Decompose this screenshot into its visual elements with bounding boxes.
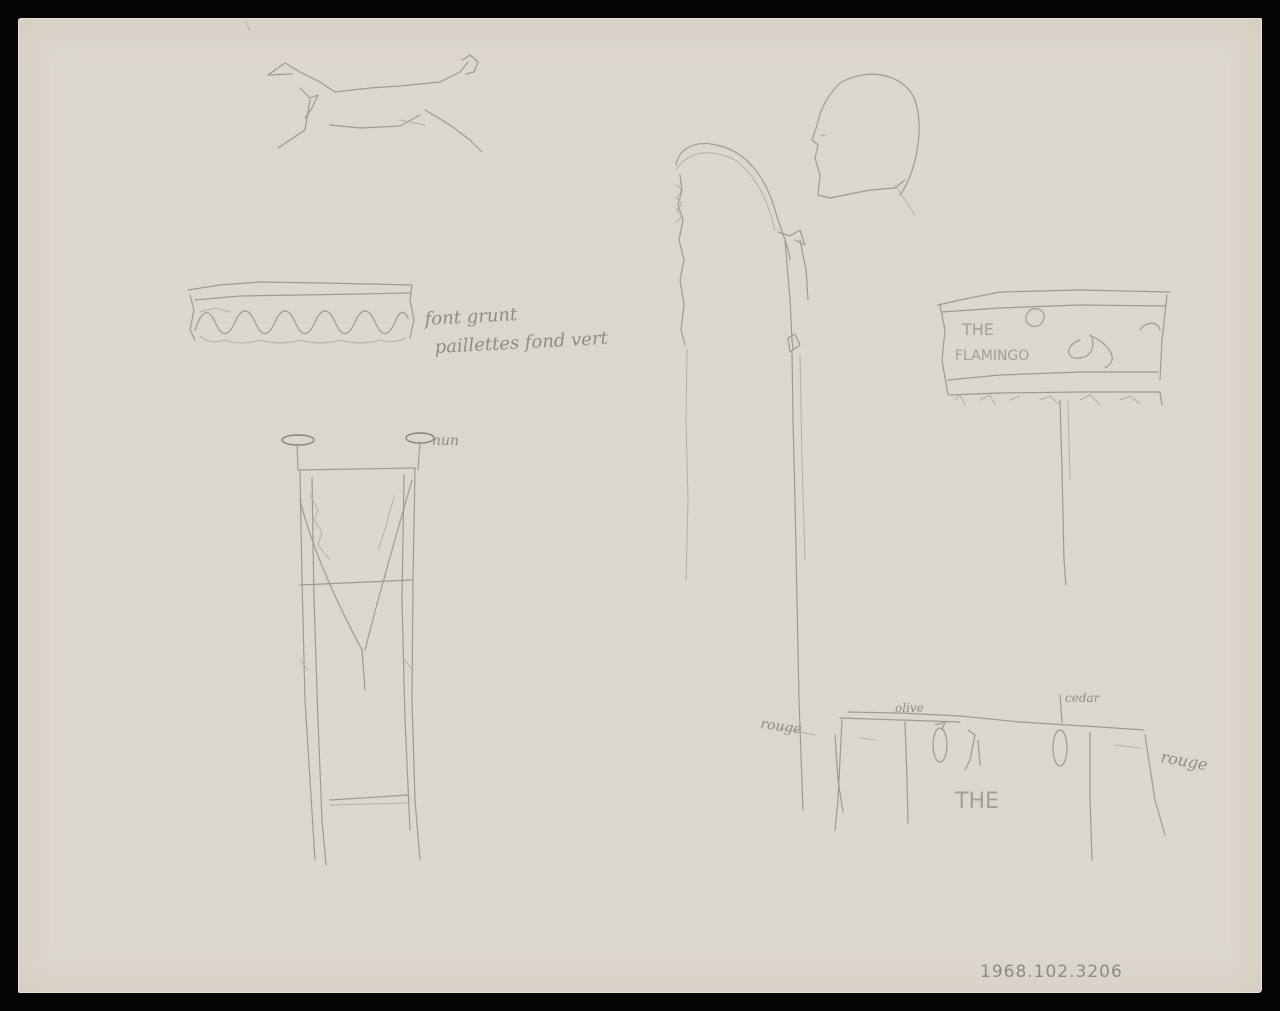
table-sketch <box>780 695 1165 860</box>
arch-trellis-sketch <box>676 144 808 810</box>
table-label-left: rouge <box>759 716 802 738</box>
sign-text-line2: FLAMINGO <box>955 348 1029 364</box>
chair-note: nun <box>432 433 459 449</box>
bird-sketch <box>245 22 482 152</box>
valance-sketch <box>188 282 414 343</box>
valance-note-line2: paillettes fond vert <box>434 328 609 358</box>
table-label-top-left: olive <box>895 701 924 715</box>
sign-text-line1: THE <box>961 320 994 339</box>
table-label-top-right: cedar <box>1065 691 1101 705</box>
sketch-drawings: font grunt paillettes fond vert nun <box>0 0 1280 1011</box>
accession-number: 1968.102.3206 <box>980 962 1123 982</box>
profile-head-sketch <box>812 74 919 215</box>
valance-note-line1: font grunt <box>422 304 518 330</box>
table-label-right: rouge <box>1159 747 1209 774</box>
chair-sketch <box>282 433 434 865</box>
table-label-center: THE <box>954 789 999 814</box>
